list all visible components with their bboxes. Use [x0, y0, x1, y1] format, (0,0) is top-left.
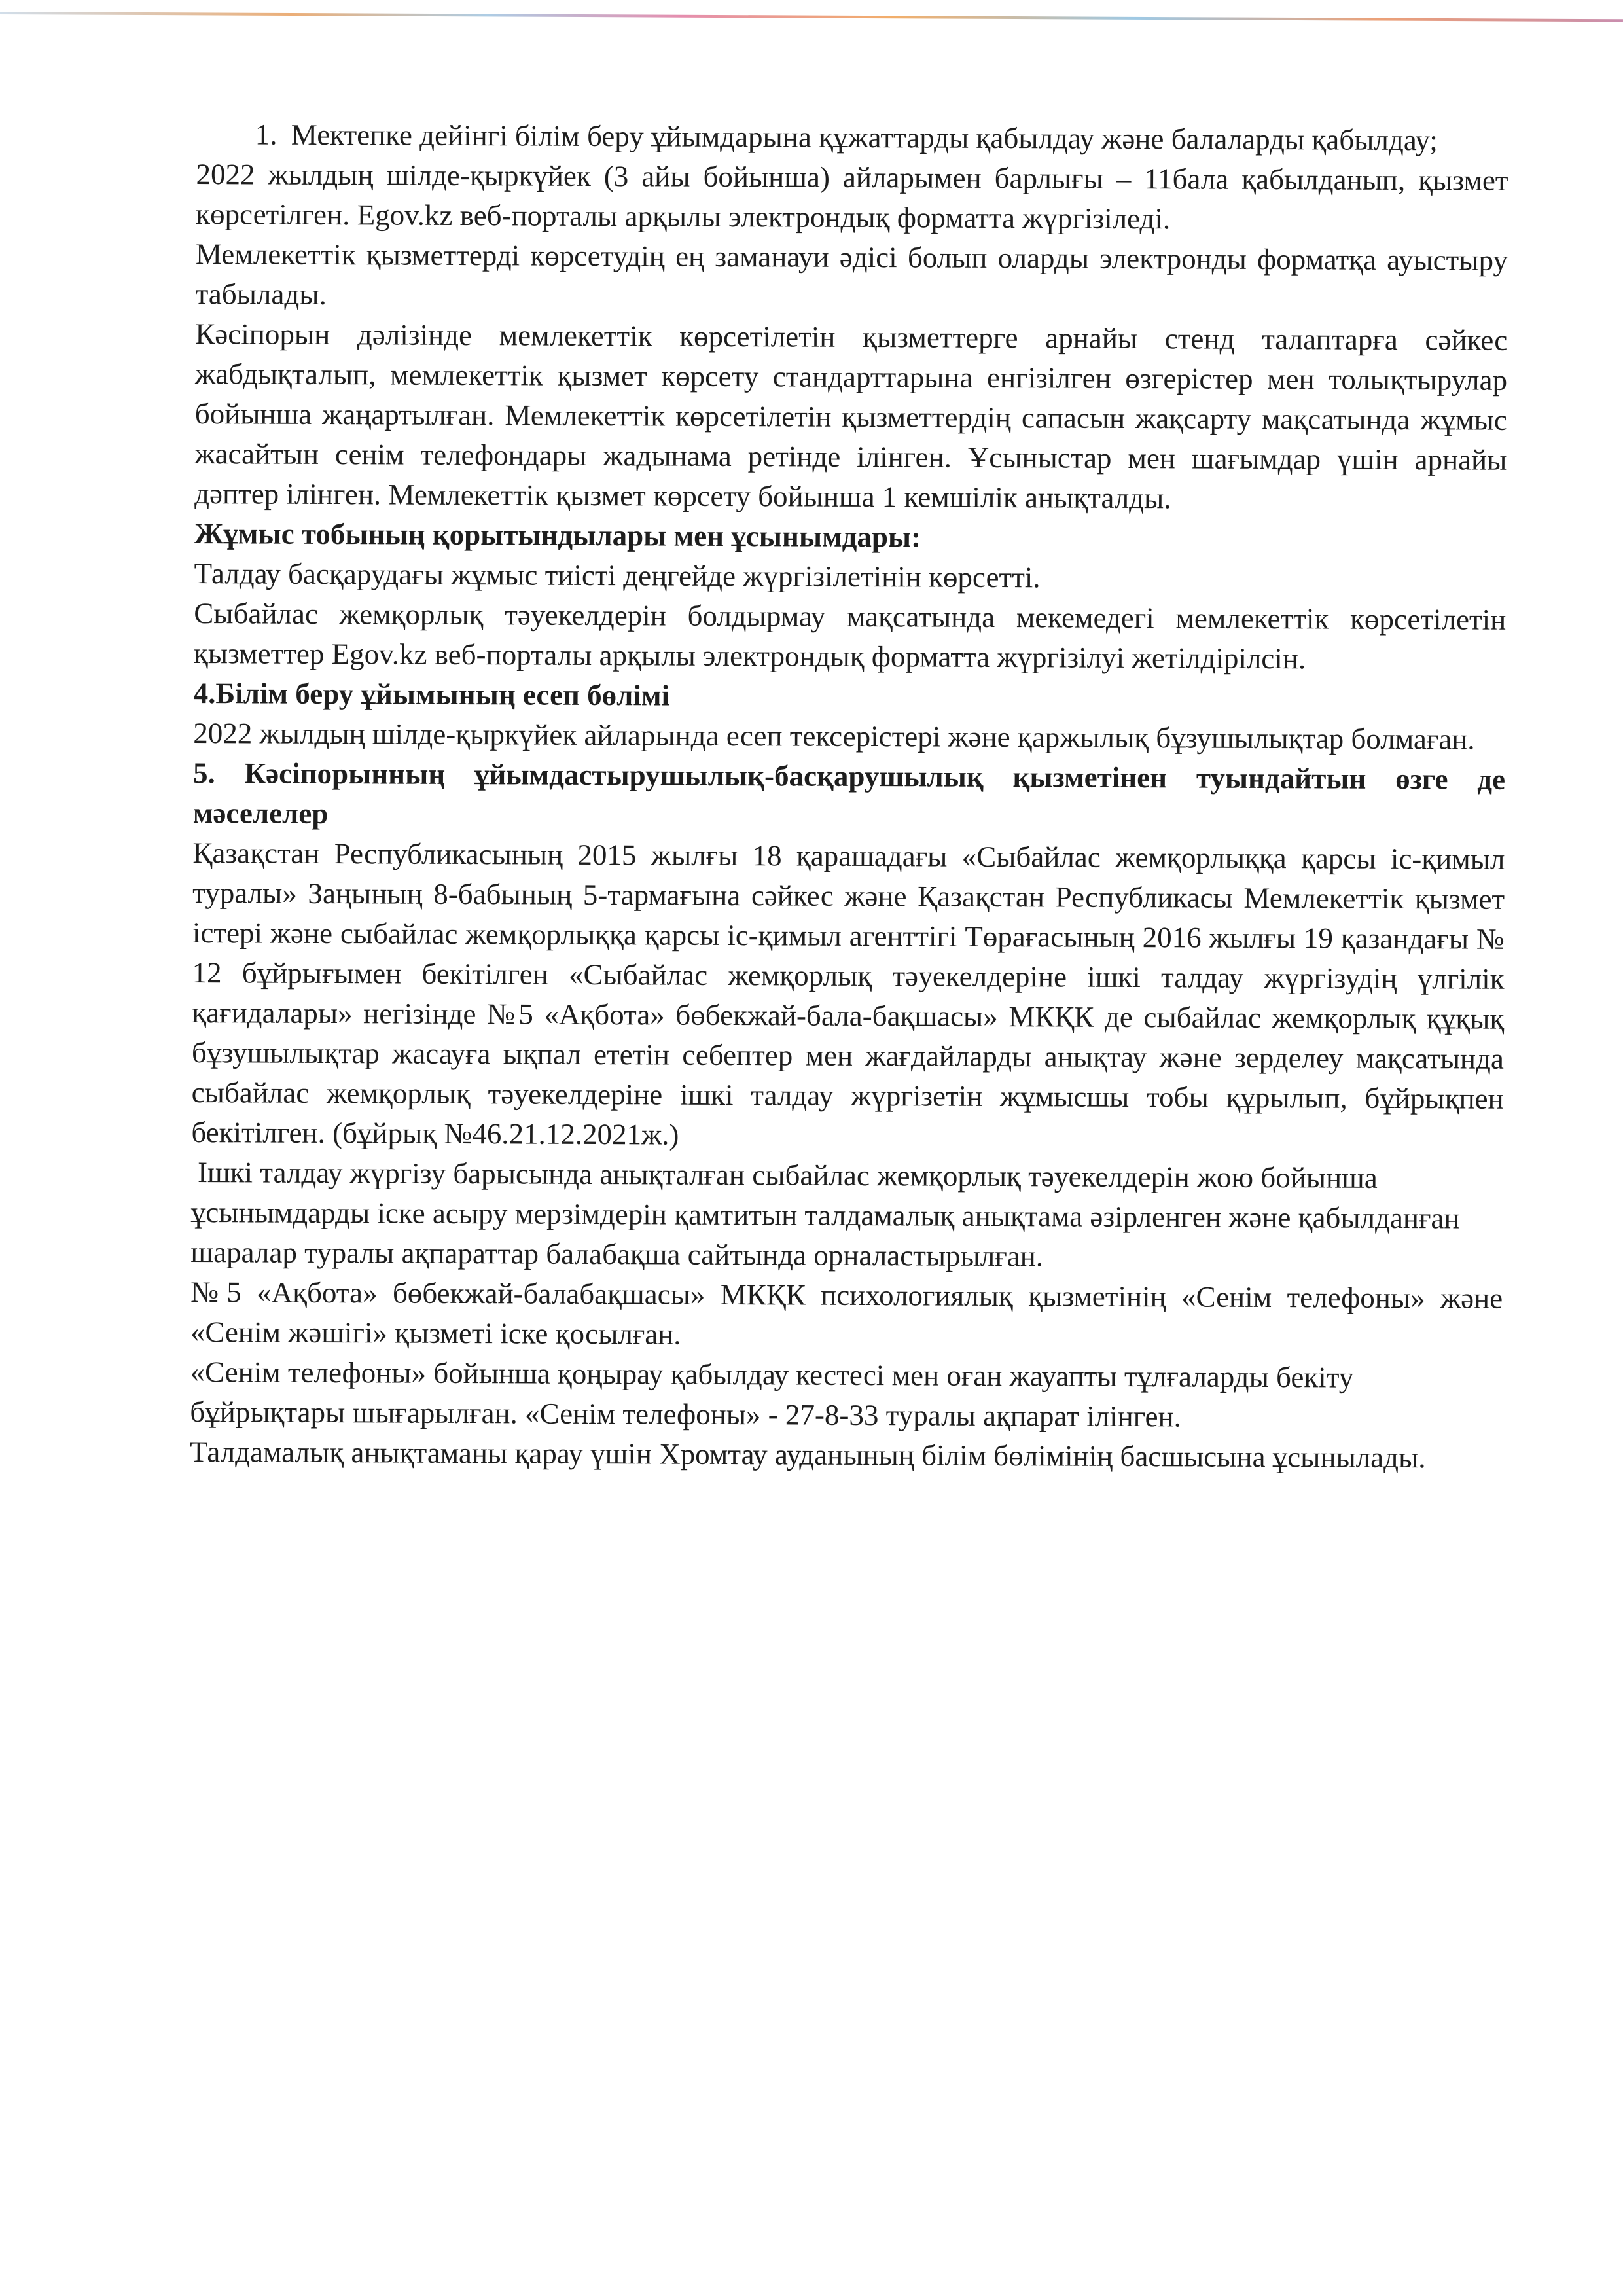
paragraph-admissions: 2022 жылдың шілде-қыркүйек (3 айы бойынш… [196, 154, 1508, 241]
paragraph-recommendation: Сыбайлас жемқорлық тәуекелдерін болдырма… [194, 594, 1507, 680]
heading-section-5: 5. Кәсіпорынның ұйымдастырушылық-басқару… [193, 753, 1506, 840]
paragraph-service-stand: Кәсіпорын дәлізінде мемлекеттік көрсетіл… [194, 314, 1507, 520]
paragraph-submission: Талдамалық анықтаманы қарау үшін Хромтау… [190, 1432, 1502, 1479]
list-item-text: Мектепке дейінгі білім беру ұйымдарына қ… [291, 115, 1508, 161]
paragraph-accounting: 2022 жылдың шілде-қыркүйек айларында есе… [193, 713, 1505, 760]
list-number: 1. [255, 115, 291, 154]
paragraph-electronic-format: Мемлекеттік қызметтерді көрсетудің ең за… [196, 234, 1508, 321]
heading-section-4: 4.Білім беру ұйымының есеп бөлімі [194, 673, 1506, 720]
heading-working-group: Жұмыс тобының қорытындылары мен ұсынымда… [194, 514, 1507, 560]
document-page: 1. Мектепке дейінгі білім беру ұйымдарын… [190, 115, 1508, 1479]
paragraph-analysis-result: Талдау басқарудағы жұмыс тиісті деңгейде… [194, 554, 1506, 600]
paragraph-trust-phone: «Сенім телефоны» бойынша қоңырау қабылда… [190, 1352, 1503, 1439]
paragraph-internal-analysis: Ішкі талдау жүргізу барысында анықталған… [190, 1153, 1503, 1279]
paragraph-trust-services: №5 «Ақбота» бөбекжай-балабақшасы» МКҚК п… [190, 1272, 1503, 1359]
paragraph-legal-basis: Қазақстан Республикасының 2015 жылғы 18 … [191, 833, 1505, 1159]
list-item-1: 1. Мектепке дейінгі білім беру ұйымдарын… [255, 115, 1508, 160]
scanner-edge-artifact [0, 12, 1623, 22]
